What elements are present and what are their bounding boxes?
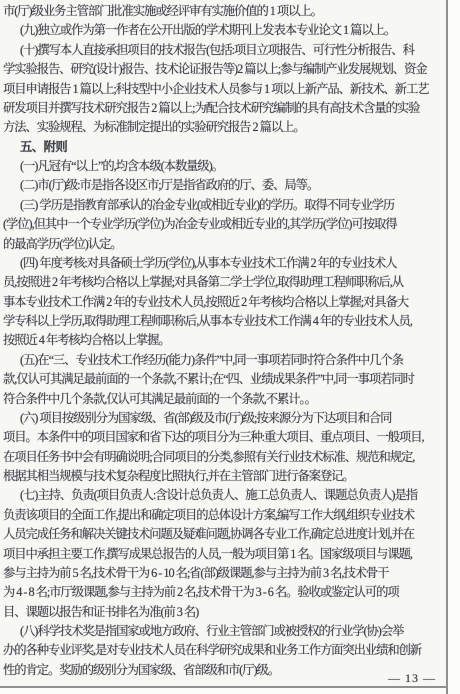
text-line: (学位),但其中一个专业学历(学位)为冶金专业或相近专业的,其学历(学位)可按取… — [3, 215, 440, 234]
text-line: (六) 项目按级别分为国家级、省(部)级及市(厅)级;按来源分为下达项目和合同 — [3, 409, 440, 428]
text-line: (二)市(厅)级:市是指各设区市;厅是指省政府的厅、委、局等。 — [3, 176, 440, 195]
document-text-block: 市(厅)级业务主管部门批准实施或经评审有实施价值的 1 项以上。(九)独立或作为… — [3, 2, 440, 680]
text-line: (五)在“三、专业技术工作经历(能力)条件”中,同一事项若同时符合条件中几个条 — [3, 351, 440, 370]
text-line: 目、课题以报告和证书排名为准(前 3 名) — [3, 603, 440, 622]
text-line: 的最高学历(学位)认定。 — [3, 235, 440, 254]
text-line: 为 4 - 8 名;市厅级课题,参与主持为前 2 名,技术骨干为 3 - 6 名… — [3, 583, 440, 602]
text-line: 参与主持为前 5 名,技术骨干为 6 - 10 名;省(部)级课题,参与主持为前… — [3, 564, 440, 583]
text-line: 按照近 4 年考核均合格以上掌握。 — [3, 331, 440, 350]
text-line: 事本专业技术工作满 2 年的专业技术人员,按照近 2 年考核均合格以上掌握;对具… — [3, 293, 440, 312]
text-line: 在项目任务书中会有明确说明;合同项目的分类,参照有关行业技术标准、规范和规定, — [3, 448, 440, 467]
text-line: 市(厅)级业务主管部门批准实施或经评审有实施价值的 1 项以上。 — [3, 2, 440, 21]
page-edge-right-margin — [448, 0, 460, 694]
text-line: (九)独立或作为第一作者在公开出版的学术期刊上发表本专业论文 1 篇以上。 — [3, 21, 440, 40]
text-line: (一)凡冠有“以上”的,均含本级(本数量级)。 — [3, 157, 440, 176]
text-line: 学专科以上学历,取得助理工程师职称后,从事本专业技术工作满 4 年的专业技术人员… — [3, 312, 440, 331]
section-heading: 五、附则 — [3, 138, 440, 157]
text-line: 根据其相当规模与技术复杂程度比照执行,并在主管部门进行备案登记。 — [3, 467, 440, 486]
page-scan-edge-vertical-line — [446, 0, 448, 694]
scanned-document-page: 市(厅)级业务主管部门批准实施或经评审有实施价值的 1 项以上。(九)独立或作为… — [0, 0, 460, 694]
page-number: — 13 — — [388, 671, 436, 686]
text-line: 人员完成任务和解决关键技术问题及疑难问题,协调各专业工作,确定总进度计划,并在 — [3, 525, 440, 544]
text-line: 办的各种专业评奖,是对专业技术人员在科学研究成果和业务工作方面突出业绩和创新 — [3, 641, 440, 660]
text-line: 项目申请报告 1 篇以上;科技型中小企业技术人员参与 1 项以上新产品、新技术、… — [3, 80, 440, 99]
text-line: 学实验报告、研究(设计)报告、技术论证报告等)2 篇以上;参与编制产业发展规划、… — [3, 60, 440, 79]
page-scan-edge-bottom-line — [0, 686, 447, 688]
text-line: (七)主持、负责(项目负责人:含设计总负责人、施工总负责人、课题总负责人)是指 — [3, 486, 440, 505]
text-line: 员,按照进 2 年考核均合格以上掌握;对具备第二学士学位,取得助理工程师职称后,… — [3, 273, 440, 292]
text-line: 研发项目并撰写技术研究报告 2 篇以上;为配合技术研究编制的具有高技术含量的实验 — [3, 99, 440, 118]
text-line: 项目。本条件中的项目国家和省下达的项目分为三种:重大项目、重点项目、一般项目, — [3, 428, 440, 447]
text-line: 负责该项目的全面工作,提出和确定项目的总体设计方案,编写工作大纲,组织专业技术 — [3, 506, 440, 525]
text-line: (四) 年度考核:对具备硕士学历(学位),从事本专业技术工作满 2 年的专业技术… — [3, 254, 440, 273]
page-edge-bottom-margin — [0, 688, 447, 694]
text-line: (八)科学技术奖是指国家或地方政府、行业主管部门或被授权的行业学(协)会举 — [3, 622, 440, 641]
text-line: (十)撰写本人直接承担项目的技术报告(包括:项目立项报告、可行性分析报告、科 — [3, 41, 440, 60]
text-line: 方法、实验规程、为标准制定提出的实验研究报告 2 篇以上。 — [3, 118, 440, 137]
text-line: 项目中承担主要工作,撰写成果总报告的人员,一般为项目第 1 名。国家级项目与课题… — [3, 545, 440, 564]
text-line: 款,仅认可其满足最前面的一个条款,不累计;在“四、业绩成果条件”中,同一事项若同… — [3, 370, 440, 389]
text-line: 性的肯定。奖励的级别分为国家级、省部级和市(厅)级。 — [3, 661, 440, 680]
text-line: (三) 学历是指教育部承认的冶金专业(或相近专业)的学历。取得不同专业学历 — [3, 196, 440, 215]
text-line: 符合条件中几个条款,仅认可其满足最前面的一个条款,不累计。。 — [3, 390, 440, 409]
